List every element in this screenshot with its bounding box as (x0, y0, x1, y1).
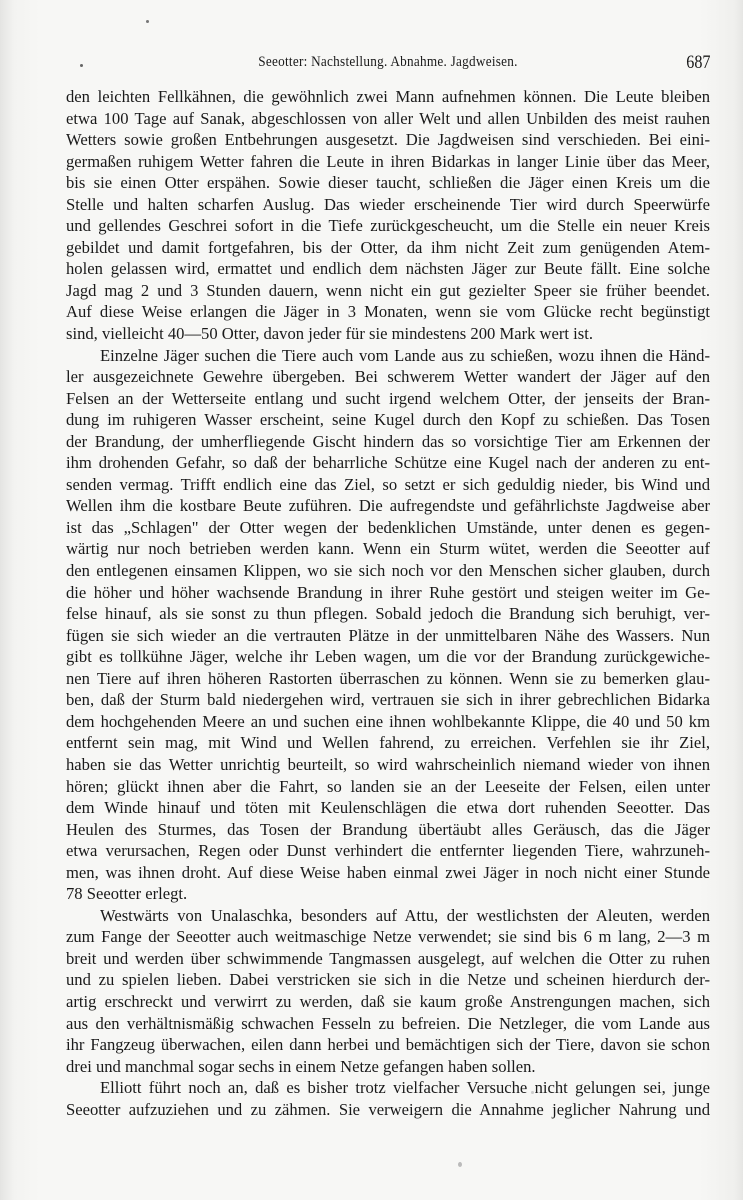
ink-speck (146, 20, 149, 23)
paragraph: Einzelne Jäger suchen die Tiere auch vom… (66, 345, 710, 905)
text-line: und zu spielen lieben. Dabei verstricken… (66, 969, 710, 991)
paragraph: Elliott führt noch an, daß es bisher tro… (66, 1077, 710, 1120)
text-line: bis sie einen Otter erspähen. Sowie dies… (66, 172, 710, 194)
text-line: hören; glückt ihnen aber die Fahrt, so l… (66, 776, 710, 798)
text-line: dem hochgehenden Meere an und suchen ein… (66, 711, 710, 733)
book-page: Seeotter: Nachstellung. Abnahme. Jagdwei… (0, 0, 743, 1200)
text-line: Einzelne Jäger suchen die Tiere auch vom… (66, 345, 710, 367)
text-line: senden vermag. Trifft endlich eine das Z… (66, 474, 710, 496)
text-line: dung im ruhigeren Wasser erscheint, sein… (66, 409, 710, 431)
text-line: Elliott führt noch an, daß es bisher tro… (66, 1077, 710, 1099)
text-line: den entlegenen einsamen Klippen, wo sie … (66, 560, 710, 582)
text-line: dem Winde hinauf und töten mit Keulensch… (66, 797, 710, 819)
text-line: etwa verursachen, Regen oder Dunst verhi… (66, 840, 710, 862)
text-line: die höher und höher wachsende Brandung i… (66, 582, 710, 604)
text-line: gebildet und damit fortgefahren, bis der… (66, 237, 710, 259)
text-line: holen gelassen wird, ermattet und endlic… (66, 258, 710, 280)
text-line: breit und werden über schwimmende Tangma… (66, 948, 710, 970)
header-dot (80, 64, 83, 67)
text-line: Felsen an der Wetterseite entlang und su… (66, 388, 710, 410)
text-line: zum Fange der Seeotter auch weitmaschige… (66, 926, 710, 948)
text-line: Auf diese Weise erlangen die Jäger in 3 … (66, 301, 710, 323)
running-header: Seeotter: Nachstellung. Abnahme. Jagdwei… (66, 54, 710, 76)
text-line: Heulen des Sturmes, das Tosen der Brandu… (66, 819, 710, 841)
text-line: Westwärts von Unalaschka, besonders auf … (66, 905, 710, 927)
text-line: ist das „Schlagen" der Otter wegen der b… (66, 517, 710, 539)
text-line: Stelle und halten scharfen Auslug. Das w… (66, 194, 710, 216)
text-line: drei und manchmal sogar sechs in einem N… (66, 1056, 710, 1078)
text-line: nen Tiere auf ihren höheren Rastorten üb… (66, 668, 710, 690)
text-line: etwa 100 Tage auf Sanak, abgeschlossen v… (66, 108, 710, 130)
text-line: fügen sie sich wieder an die vertrauten … (66, 625, 710, 647)
text-line: germaßen ruhigem Wetter fahren die Leute… (66, 151, 710, 173)
page-number: 687 (686, 52, 710, 74)
text-line: felse hinauf, als sie sonst zu thun pfle… (66, 603, 710, 625)
text-line: men, was ihnen droht. Auf diese Weise ha… (66, 862, 710, 884)
text-line: Wellen ihm die kostbare Beute zuführen. … (66, 495, 710, 517)
text-line: Wetters sowie großen Entbehrungen ausges… (66, 129, 710, 151)
text-line: ihr Fangzeug überwachen, eilen dann herb… (66, 1034, 710, 1056)
text-line: aus den verhältnismäßig schwachen Fessel… (66, 1013, 710, 1035)
text-line: ler ausgezeichnete Gewehre übergeben. Be… (66, 366, 710, 388)
text-line: den leichten Fellkähnen, die gewöhnlich … (66, 86, 710, 108)
paragraph: den leichten Fellkähnen, die gewöhnlich … (66, 86, 710, 345)
text-line: ihm drohenden Gefahr, so daß der beharrl… (66, 452, 710, 474)
ink-speck (458, 1162, 462, 1167)
text-line: ben, daß der Sturm bald niedergehen wird… (66, 689, 710, 711)
running-head-title: Seeotter: Nachstellung. Abnahme. Jagdwei… (105, 54, 672, 71)
text-line: haben sie das Wetter unrichtig beurteilt… (66, 754, 710, 776)
body-text: den leichten Fellkähnen, die gewöhnlich … (66, 86, 710, 1120)
text-line: Seeotter aufzuziehen und zu zähmen. Sie … (66, 1099, 710, 1121)
text-line: und gellendes Geschrei sofort in die Tie… (66, 215, 710, 237)
text-line: sind, vielleicht 40—50 Otter, davon jede… (66, 323, 710, 345)
text-line: wärtig nur noch betrieben werden kann. W… (66, 538, 710, 560)
paragraph: Westwärts von Unalaschka, besonders auf … (66, 905, 710, 1077)
text-line: entfernt sein mag, mit Wind und Wellen f… (66, 732, 710, 754)
text-line: der Brandung, der umherfliegende Gischt … (66, 431, 710, 453)
text-line: Jagd mag 2 und 3 Stunden dauern, wenn ni… (66, 280, 710, 302)
text-line: gibt es tollkühne Jäger, welche ihr Lebe… (66, 646, 710, 668)
text-line: artig erschreckt und verwirrt zu werden,… (66, 991, 710, 1013)
text-line: 78 Seeotter erlegt. (66, 883, 710, 905)
